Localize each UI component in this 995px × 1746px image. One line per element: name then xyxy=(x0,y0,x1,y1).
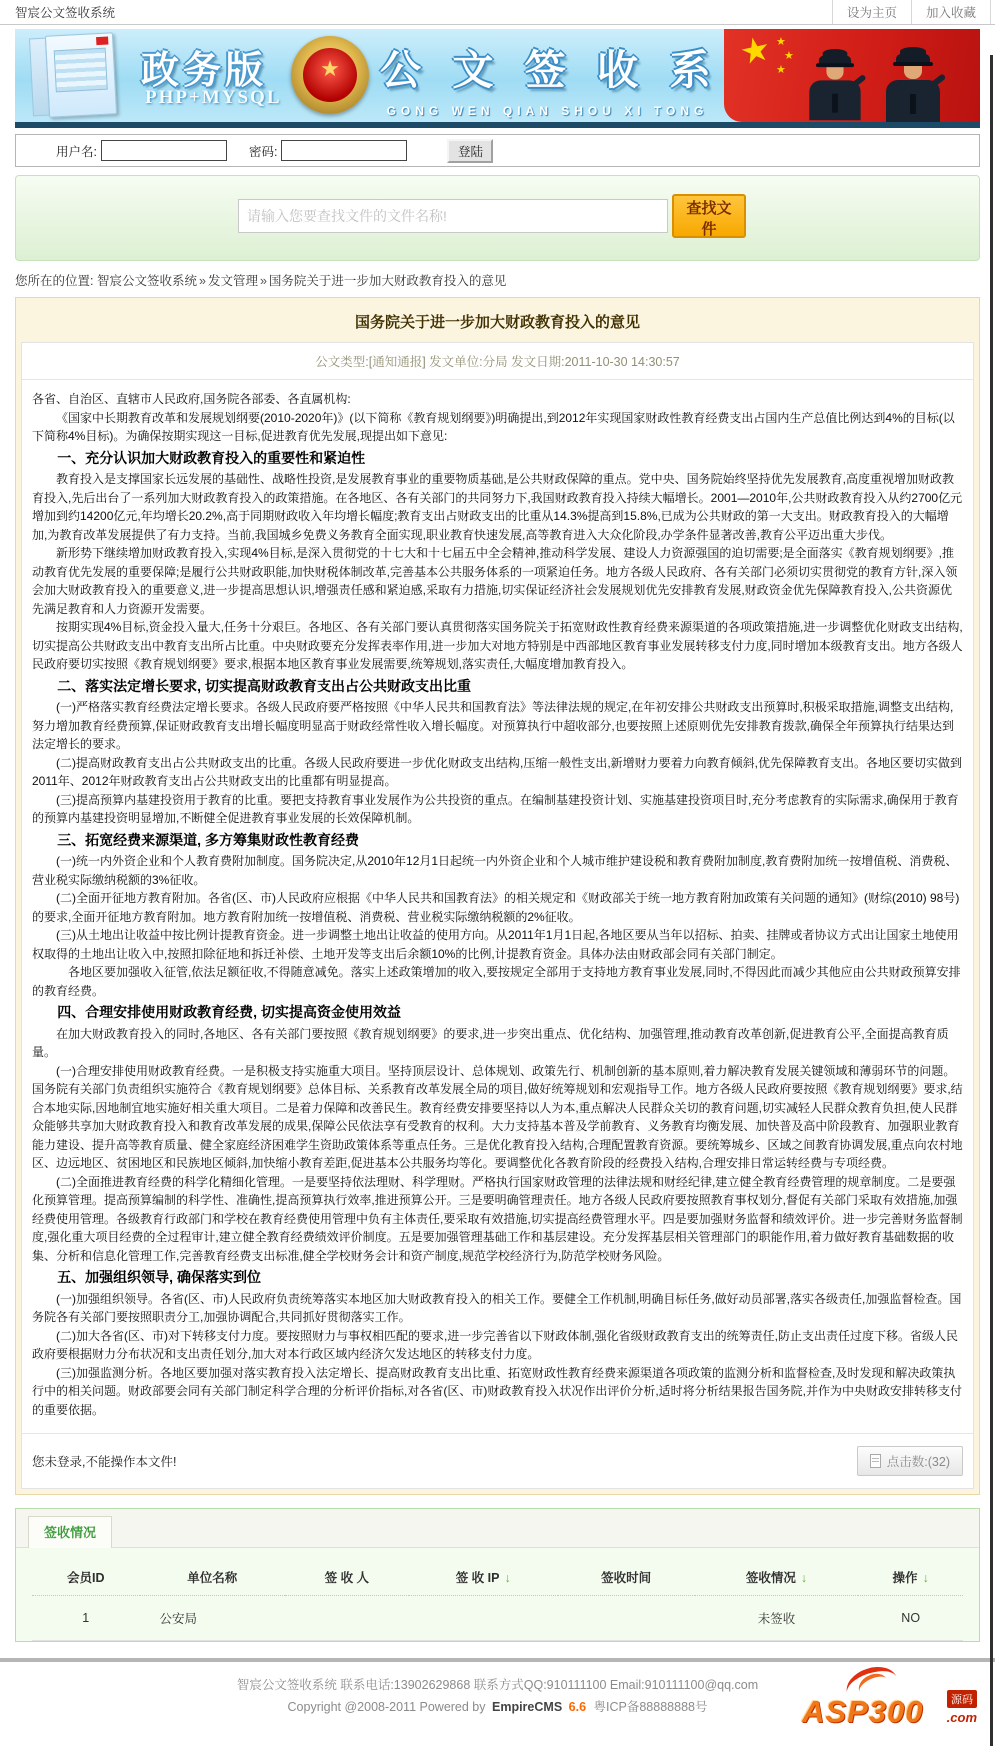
breadcrumb-separator: » xyxy=(260,274,267,288)
paragraph: (一)加强组织领导。各省(区、市)人民政府负责统筹落实本地区加大财政教育投入的相… xyxy=(32,1290,963,1327)
tab-signoff-status[interactable]: 签收情况 xyxy=(28,1516,112,1548)
breadcrumb-prefix: 您所在的位置: xyxy=(15,274,93,288)
breadcrumb-item[interactable]: 发文管理 xyxy=(208,274,258,288)
set-homepage-link[interactable]: 设为主页 xyxy=(832,0,912,24)
page-footer: 智宸公文签收系统 联系电话:13902629868 联系方式QQ:9101111… xyxy=(0,1658,995,1746)
police-emblem-icon xyxy=(291,36,369,114)
paragraph: (二)全面推进教育经费的科学化精细化管理。一是要坚持依法理财、科学理财。严格执行… xyxy=(32,1173,963,1266)
paragraph: (一)统一内外资企业和个人教育费附加制度。国务院决定,从2010年12月1日起统… xyxy=(32,852,963,889)
flag-star-icon: ★ xyxy=(736,29,774,74)
section-heading: 五、加强组织领导, 确保落实到位 xyxy=(32,1268,963,1287)
paragraph: 按期实现4%目标,资金投入量大,任务十分艰巨。各地区、各有关部门要认真贯彻落实国… xyxy=(32,618,963,674)
section-heading: 一、充分认识加大财政教育投入的重要性和紧迫性 xyxy=(32,449,963,468)
paragraph: (二)全面开征地方教育附加。各省(区、市)人民政府应根据《中华人民共和国教育法》… xyxy=(32,889,963,926)
document-title: 国务院关于进一步加大财政教育投入的意见 xyxy=(21,303,974,342)
document-body: 各省、自治区、直辖市人民政府,国务院各部委、各直属机构:《国家中长期教育改革和发… xyxy=(22,380,973,1433)
site-name: 智宸公文签收系统 xyxy=(15,3,115,21)
username-field[interactable] xyxy=(101,140,227,161)
add-favorite-link[interactable]: 加入收藏 xyxy=(911,0,991,24)
topbar-links: 设为主页 加入收藏 xyxy=(833,0,991,24)
paragraph: (三)提高预算内基建投资用于教育的比重。要把支持教育事业发展作为公共投资的重点。… xyxy=(32,791,963,828)
table-cell-member_id: 1 xyxy=(32,1596,140,1641)
cms-version: 6.6 xyxy=(569,1700,586,1714)
login-notice: 您未登录,不能操作本文件! xyxy=(32,1452,176,1470)
sort-arrow-icon[interactable]: ↓ xyxy=(923,1571,929,1585)
document-icon xyxy=(870,1454,881,1468)
breadcrumb-item[interactable]: 智宸公文签收系统 xyxy=(97,274,197,288)
hits-count: 点击数:(32) xyxy=(887,1452,950,1470)
username-label: 用户名: xyxy=(56,142,97,160)
table-cell-operation: NO xyxy=(858,1596,963,1641)
police-officer-figure xyxy=(886,54,940,122)
software-box-image xyxy=(23,33,133,117)
asp300-logo: ASP300 源码 .com xyxy=(802,1672,977,1736)
signoff-content: 会员ID单位名称签 收 人签 收 IP↓签收时间签收情况↓操作↓ 1公安局未签收… xyxy=(16,1548,979,1641)
tech-label: PHP+MYSQL xyxy=(145,87,282,109)
document-inner: 公文类型:[通知通报] 发文单位:分局 发文日期:2011-10-30 14:3… xyxy=(21,342,974,1489)
hits-badge: 点击数:(32) xyxy=(857,1446,963,1476)
sign-table-body: 1公安局未签收NO xyxy=(32,1596,963,1641)
document-footer: 您未登录,不能操作本文件! 点击数:(32) xyxy=(22,1433,973,1488)
section-heading: 二、落实法定增长要求, 切实提高财政教育支出占公共财政支出比重 xyxy=(32,677,963,696)
page: 智宸公文签收系统 设为主页 加入收藏 政务版 PHP+MYSQL 公 文 签 收… xyxy=(0,0,995,1746)
paragraph: 《国家中长期教育改革和发展规划纲要(2010-2020年)》(以下简称《教育规划… xyxy=(32,409,963,446)
table-cell-sign_status: 未签收 xyxy=(695,1596,859,1641)
paragraph: 新形势下继续增加财政教育投入,实现4%目标,是深入贯彻党的十七大和十七届五中全会… xyxy=(32,544,963,618)
police-officer-figure xyxy=(809,56,860,121)
column-header-member_id: 会员ID xyxy=(32,1556,140,1596)
table-cell-signer xyxy=(285,1596,409,1641)
paragraph: 教育投入是支撑国家长远发展的基础性、战略性投资,是发展教育事业的重要物质基础,是… xyxy=(32,470,963,544)
paragraph: (二)加大各省(区、市)对下转移支付力度。要按照财力与事权相匹配的要求,进一步完… xyxy=(32,1327,963,1364)
section-heading: 四、合理安排使用财政教育经费, 切实提高资金使用效益 xyxy=(32,1003,963,1022)
icp-number: 粤ICP备88888888号 xyxy=(594,1700,708,1714)
copyright-prefix: Copyright @2008-2011 Powered by xyxy=(288,1700,486,1714)
search-button[interactable]: 查找文件 xyxy=(672,194,746,238)
section-heading: 三、拓宽经费来源渠道, 多方筹集财政性教育经费 xyxy=(32,831,963,850)
login-button[interactable]: 登陆 xyxy=(447,139,493,163)
column-header-sign_status[interactable]: 签收情况↓ xyxy=(695,1556,859,1596)
window-edge xyxy=(990,55,993,1746)
column-header-operation[interactable]: 操作↓ xyxy=(858,1556,963,1596)
document-panel: 国务院关于进一步加大财政教育投入的意见 公文类型:[通知通报] 发文单位:分局 … xyxy=(15,297,980,1495)
password-field[interactable] xyxy=(281,140,407,161)
paragraph: 各地区要加强收入征管,依法足额征收,不得随意减免。落实上述政策增加的收入,要按规… xyxy=(32,963,963,1000)
column-header-signer: 签 收 人 xyxy=(285,1556,409,1596)
breadcrumb-item: 国务院关于进一步加大财政教育投入的意见 xyxy=(269,274,507,288)
breadcrumb: 您所在的位置: 智宸公文签收系统»发文管理»国务院关于进一步加大财政教育投入的意… xyxy=(15,271,980,289)
column-header-sign_ip[interactable]: 签 收 IP↓ xyxy=(409,1556,558,1596)
banner-title: 公 文 签 收 系 统 xyxy=(380,37,715,96)
cms-name: EmpireCMS xyxy=(492,1700,562,1714)
search-input[interactable] xyxy=(238,199,668,233)
document-meta: 公文类型:[通知通报] 发文单位:分局 发文日期:2011-10-30 14:3… xyxy=(22,343,973,380)
column-header-sign_time: 签收时间 xyxy=(558,1556,695,1596)
topbar: 智宸公文签收系统 设为主页 加入收藏 xyxy=(0,0,995,25)
asp300-logo-text: ASP300 xyxy=(802,1694,923,1730)
paragraph: 在加大财政教育投入的同时,各地区、各有关部门要按照《教育规划纲要》的要求,进一步… xyxy=(32,1025,963,1062)
table-row: 1公安局未签收NO xyxy=(32,1596,963,1641)
asp300-suffix: .com xyxy=(947,1710,977,1725)
signoff-panel: 签收情况 会员ID单位名称签 收 人签 收 IP↓签收时间签收情况↓操作↓ 1公… xyxy=(15,1508,980,1642)
breadcrumb-path: 智宸公文签收系统»发文管理»国务院关于进一步加大财政教育投入的意见 xyxy=(97,274,506,288)
breadcrumb-separator: » xyxy=(199,274,206,288)
column-header-unit_name: 单位名称 xyxy=(140,1556,285,1596)
table-cell-sign_time xyxy=(558,1596,695,1641)
asp300-logo-side: 源码 .com xyxy=(947,1690,977,1725)
paragraph: (一)严格落实教育经费法定增长要求。各级人民政府要严格按照《中华人民共和国教育法… xyxy=(32,698,963,754)
table-cell-sign_ip xyxy=(409,1596,558,1641)
paragraph: 各省、自治区、直辖市人民政府,国务院各部委、各直属机构: xyxy=(32,390,963,409)
sort-arrow-icon[interactable]: ↓ xyxy=(801,1571,807,1585)
sort-arrow-icon[interactable]: ↓ xyxy=(504,1571,510,1585)
asp300-tag: 源码 xyxy=(947,1690,977,1708)
search-panel: 查找文件 xyxy=(15,175,980,261)
flag-police-image: ★ ★ ★ ★ xyxy=(724,29,980,122)
banner: 政务版 PHP+MYSQL 公 文 签 收 系 统 GONG WEN QIAN … xyxy=(15,29,980,128)
paragraph: (三)从土地出让收益中按比例计提教育资金。进一步调整土地出让收益的使用方向。从2… xyxy=(32,926,963,963)
banner-title-wrap: 公 文 签 收 系 统 GONG WEN QIAN SHOU XI TONG xyxy=(380,37,715,118)
paragraph: (一)合理安排使用财政教育经费。一是积极支持实施重大项目。坚持顶层设计、总体规划… xyxy=(32,1062,963,1173)
table-cell-unit_name: 公安局 xyxy=(140,1596,285,1641)
signoff-tabbar: 签收情况 xyxy=(16,1509,979,1548)
login-bar: 用户名: 密码: 登陆 xyxy=(15,134,980,167)
signoff-table: 会员ID单位名称签 收 人签 收 IP↓签收时间签收情况↓操作↓ 1公安局未签收… xyxy=(32,1556,963,1641)
edition-label: 政务版 xyxy=(141,39,267,94)
banner-subtitle: GONG WEN QIAN SHOU XI TONG xyxy=(380,104,715,118)
sign-table-header-row: 会员ID单位名称签 收 人签 收 IP↓签收时间签收情况↓操作↓ xyxy=(32,1556,963,1596)
paragraph: (三)加强监测分析。各地区要加强对落实教育投入法定增长、提高财政教育支出比重、拓… xyxy=(32,1364,963,1420)
paragraph: (二)提高财政教育支出占公共财政支出的比重。各级人民政府要进一步优化财政支出结构… xyxy=(32,754,963,791)
password-label: 密码: xyxy=(249,142,277,160)
